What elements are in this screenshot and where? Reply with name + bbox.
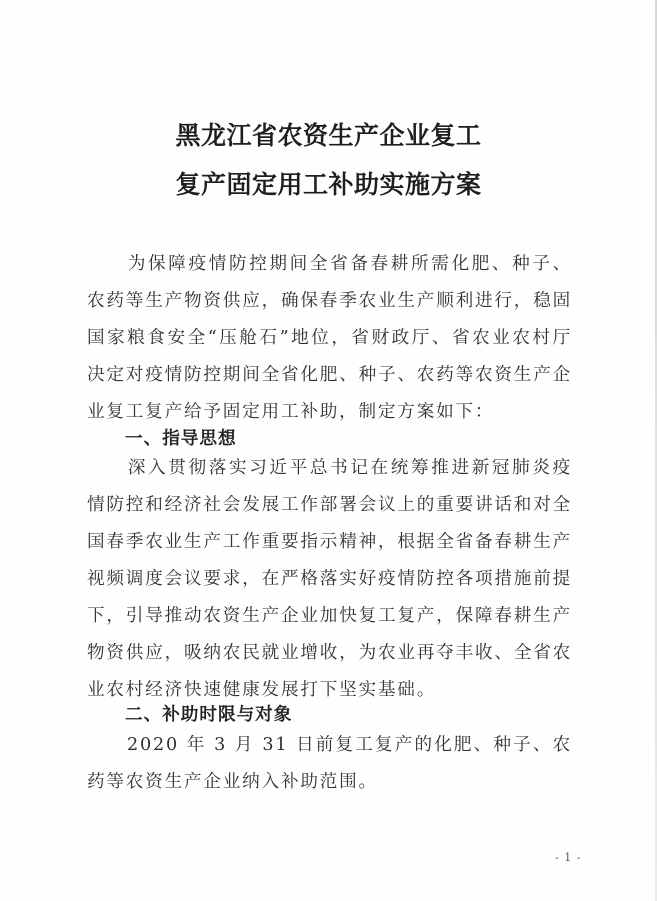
document-title-line-2: 复产固定用工补助实施方案 bbox=[0, 165, 657, 201]
intro-paragraph-text: 为保障疫情防控期间全省备春耕所需化肥、种子、农药等生产物资供应，确保春季农业生产… bbox=[87, 254, 572, 422]
intro-paragraph: 为保障疫情防控期间全省备春耕所需化肥、种子、农药等生产物资供应，确保春季农业生产… bbox=[87, 246, 572, 431]
section-heading-guiding-ideology: 一、指导思想 bbox=[125, 425, 237, 450]
section-paragraph-guiding-ideology: 深入贯彻落实习近平总书记在统筹推进新冠肺炎疫情防控和经济社会发展工作部署会议上的… bbox=[87, 450, 572, 709]
section-paragraph-subsidy-period-and-targets: 2020 年 3 月 31 日前复工复产的化肥、种子、农药等农资生产企业纳入补助… bbox=[87, 727, 572, 801]
section-paragraph-text: 2020 年 3 月 31 日前复工复产的化肥、种子、农药等农资生产企业纳入补助… bbox=[87, 735, 572, 792]
document-page: 黑龙江省农资生产企业复工 复产固定用工补助实施方案 为保障疫情防控期间全省备春耕… bbox=[0, 0, 657, 901]
section-heading-subsidy-period-and-targets: 二、补助时限与对象 bbox=[125, 701, 292, 726]
section-paragraph-text: 深入贯彻落实习近平总书记在统筹推进新冠肺炎疫情防控和经济社会发展工作部署会议上的… bbox=[87, 458, 572, 700]
page-number: - 1 - bbox=[555, 851, 581, 864]
document-title-line-1: 黑龙江省农资生产企业复工 bbox=[0, 116, 657, 152]
